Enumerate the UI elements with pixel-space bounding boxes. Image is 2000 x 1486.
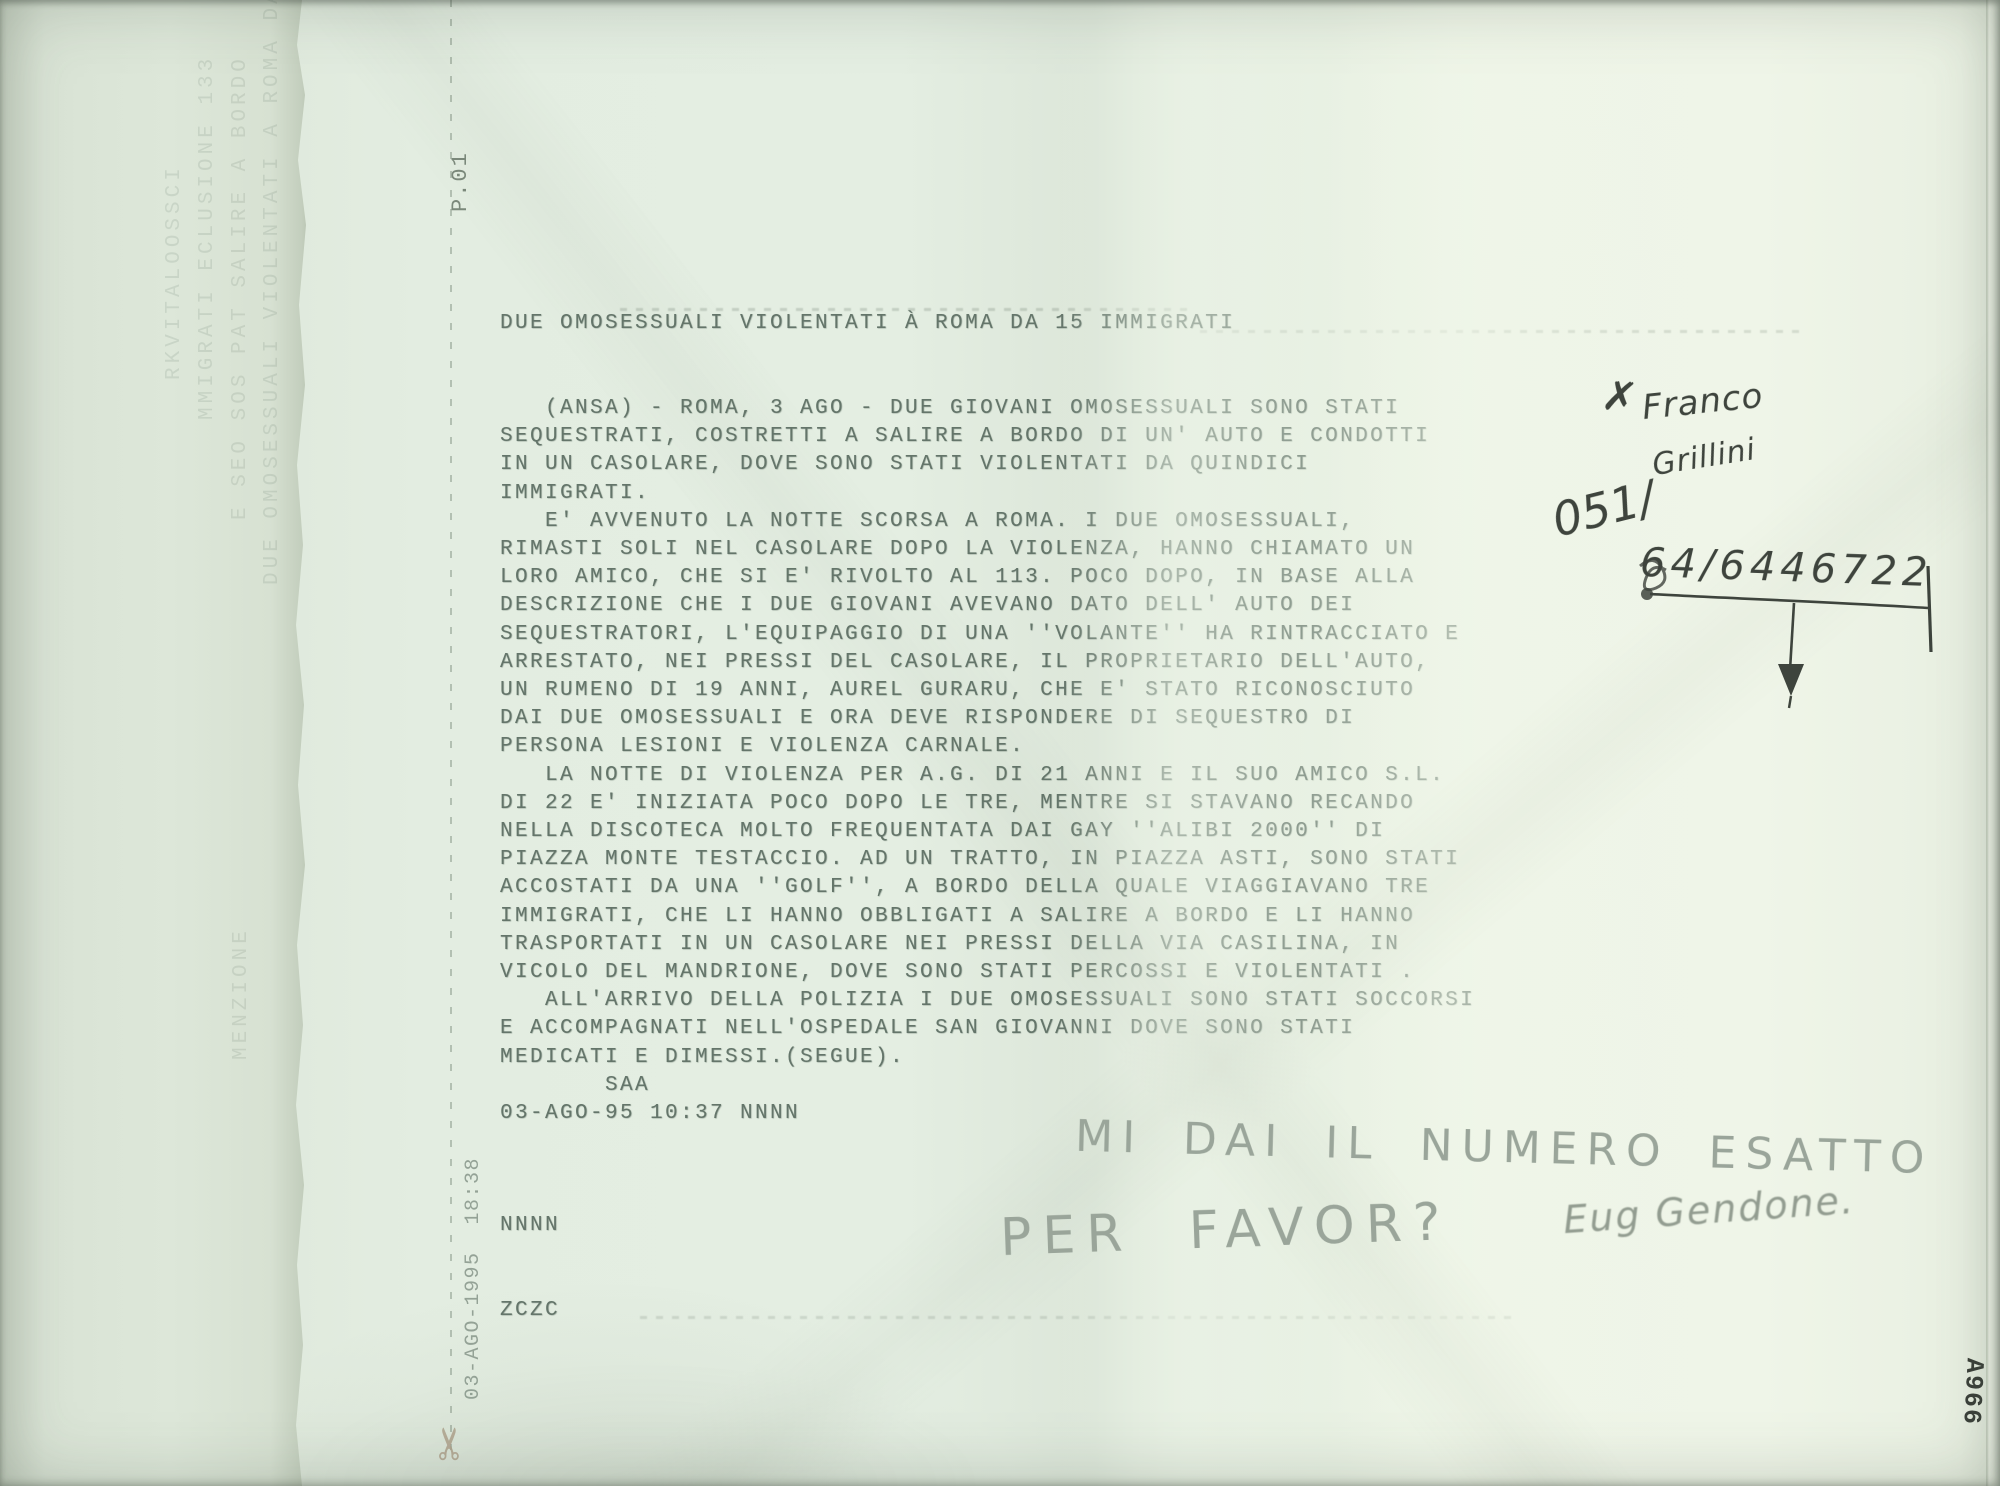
showthrough-text: DUE OMOSESSUALI VIOLENTATI A ROMA DA: [261, 0, 284, 585]
showthrough-text: RKVITALOOSSCI: [163, 164, 186, 380]
perforation-dotted-line: [450, 0, 452, 1450]
telex-zczc: ZCZC: [500, 1297, 560, 1325]
stamp-number: A966: [1956, 1357, 1989, 1426]
scanned-fax-document: DUE OMOSESSUALI VIOLENTATI A ROMA DA E S…: [0, 0, 2000, 1486]
showthrough-text: E SEO SOS PAT SALIRE A BORDO: [229, 55, 252, 520]
headline: DUE OMOSESSUALI VIOLENTATI À ROMA DA 15 …: [500, 310, 1235, 338]
fax-page-number: P.01: [448, 151, 473, 212]
showthrough-text: MMIGRATI ECLUSIONE 133: [196, 55, 219, 420]
pen-cross-mark: ✗: [1599, 370, 1641, 423]
pen-phone-prefix: 051/: [1547, 470, 1660, 547]
article-body: (ANSA) - ROMA, 3 AGO - DUE GIOVANI OMOSE…: [500, 395, 1475, 1128]
pencil-note-line1: MI DAI IL NUMERO ESATTO: [1074, 1111, 1934, 1184]
pencil-note-line2: PER FAVOR?: [999, 1192, 1452, 1268]
scissors-icon: ✂: [425, 1425, 476, 1462]
fax-timestamp-vertical: 03-AGO-1995 18:38: [462, 1157, 485, 1400]
telex-nnnn: NNNN: [500, 1212, 560, 1240]
paper-right-edge: [1986, 0, 2000, 1486]
showthrough-text: MENZIONE: [230, 927, 253, 1060]
smudge-dash-line: [640, 1316, 1520, 1319]
pencil-signature: Eug Gendone.: [1562, 1178, 1856, 1242]
pen-name-line1: Franco: [1640, 376, 1765, 428]
pen-name-line2: Grillini: [1650, 432, 1758, 483]
pen-arrow-doodle: [1632, 548, 1972, 718]
smudge-dash-line: [1200, 330, 1800, 333]
